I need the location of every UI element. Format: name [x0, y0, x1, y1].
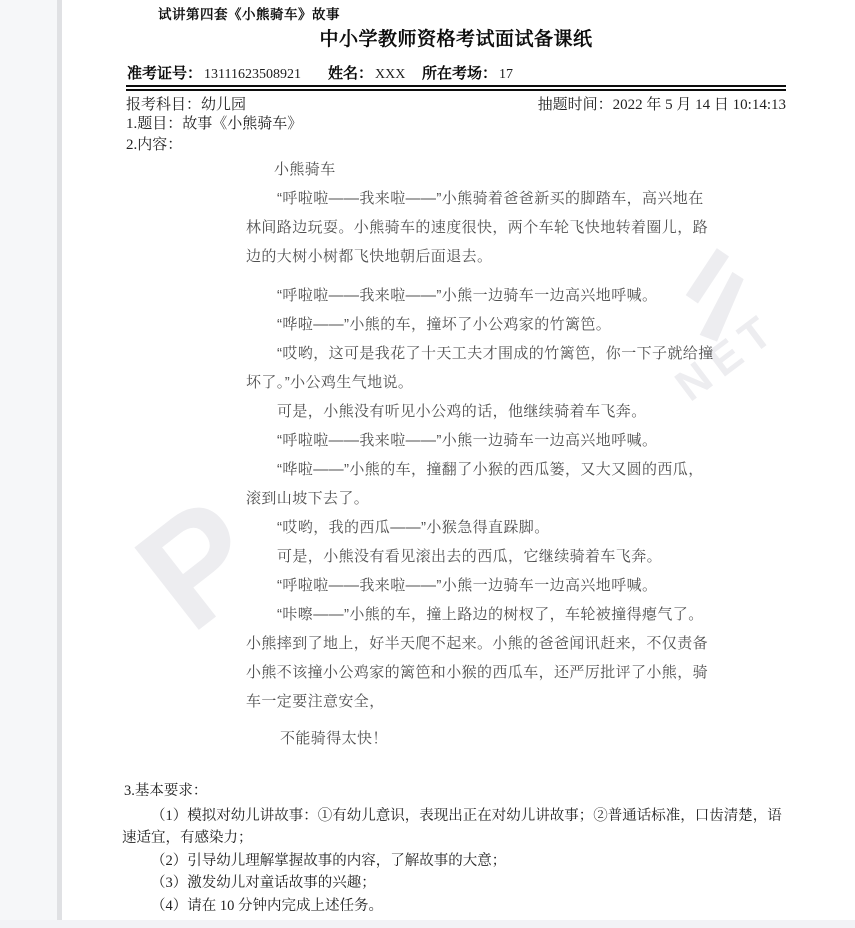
exam-room-label: 所在考场：	[422, 65, 497, 82]
name-field: 姓名：XXX	[328, 62, 405, 83]
subject-value: 幼儿园	[201, 97, 246, 113]
subject-row: 报考科目：幼儿园 抽题时间：2022 年 5 月 14 日 10:14:13	[126, 93, 786, 114]
story-paragraph: “哗啦——”小熊的车，撞翻了小猴的西瓜篓，又大又圆的西瓜，滚到山坡下去了。	[246, 455, 714, 513]
exam-room-value: 17	[499, 67, 513, 82]
story-paragraph: 可是，小熊没有听见小公鸡的话，他继续骑着车飞奔。	[246, 397, 714, 426]
draw-time-value: 2022 年 5 月 14 日 10:14:13	[613, 97, 786, 113]
requirements-label: 3.基本要求：	[124, 780, 788, 803]
name-label: 姓名：	[328, 65, 373, 82]
story-paragraph: 不能骑得太快！	[246, 724, 714, 753]
story-paragraph: “呼啦啦——我来啦——”小熊一边骑车一边高兴地呼喊。	[246, 281, 714, 310]
draw-time-field: 抽题时间：2022 年 5 月 14 日 10:14:13	[538, 93, 786, 114]
story-block: 小熊骑车 “呼啦啦——我来啦——”小熊骑着爸爸新买的脚踏车，高兴地在林间路边玩耍…	[246, 155, 714, 753]
story-paragraph: “呼啦啦——我来啦——”小熊一边骑车一边高兴地呼喊。	[246, 571, 714, 600]
admission-number-value: 13111623508921	[204, 67, 301, 82]
story-paragraph: “哎哟，这可是我花了十天工夫才围成的竹篱笆，你一下子就给撞坏了。”小公鸡生气地说…	[246, 339, 714, 397]
requirements-block: 3.基本要求： （1）模拟对幼儿讲故事：①有幼儿意识，表现出正在对幼儿讲故事；②…	[122, 780, 788, 917]
story-paragraphs: “呼啦啦——我来啦——”小熊骑着爸爸新买的脚踏车，高兴地在林间路边玩耍。小熊骑车…	[246, 184, 714, 753]
exam-sheet: NET P 试讲第四套《小熊骑车》故事 中小学教师资格考试面试备课纸 准考证号：…	[62, 0, 855, 920]
story-paragraph: “呼啦啦——我来啦——”小熊一边骑车一边高兴地呼喊。	[246, 426, 714, 455]
exam-set-label: 试讲第四套《小熊骑车》故事	[158, 3, 340, 23]
story-title: 小熊骑车	[274, 155, 714, 184]
subject-label: 报考科目：	[126, 97, 201, 113]
subject-field: 报考科目：幼儿园	[126, 93, 246, 114]
exam-room-field: 所在考场：17	[422, 62, 513, 83]
story-paragraph: “哗啦——”小熊的车，撞坏了小公鸡家的竹篱笆。	[246, 310, 714, 339]
draw-time-label: 抽题时间：	[538, 97, 613, 113]
story-paragraph: “哎哟，我的西瓜——”小猴急得直跺脚。	[246, 513, 714, 542]
story-paragraph: 可是，小熊没有看见滚出去的西瓜，它继续骑着车飞奔。	[246, 542, 714, 571]
requirement-items: （1）模拟对幼儿讲故事：①有幼儿意识，表现出正在对幼儿讲故事；②普通话标准，口齿…	[122, 805, 788, 918]
admission-number-label: 准考证号：	[127, 65, 202, 82]
requirement-item: （3）激发幼儿对童话故事的兴趣；	[122, 872, 788, 895]
name-value: XXX	[375, 67, 405, 82]
topic-line: 1.题目：故事《小熊骑车》	[126, 112, 302, 133]
requirement-item: （2）引导幼儿理解掌握故事的内容，了解故事的大意；	[122, 850, 788, 873]
page-title: 中小学教师资格考试面试备课纸	[126, 24, 786, 51]
header-fields-row: 准考证号：13111623508921 姓名：XXX 所在考场：17	[127, 62, 787, 82]
bottom-bar	[0, 920, 855, 928]
requirement-item: （1）模拟对幼儿讲故事：①有幼儿意识，表现出正在对幼儿讲故事；②普通话标准，口齿…	[122, 805, 788, 850]
story-paragraph: “呼啦啦——我来啦——”小熊骑着爸爸新买的脚踏车，高兴地在林间路边玩耍。小熊骑车…	[246, 184, 714, 271]
header-divider	[126, 85, 786, 91]
requirement-item: （4）请在 10 分钟内完成上述任务。	[122, 895, 788, 918]
admission-number-field: 准考证号：13111623508921	[127, 62, 301, 83]
story-paragraph: “咔嚓——”小熊的车，撞上路边的树杈了，车轮被撞得瘪气了。小熊摔到了地上，好半天…	[246, 600, 714, 716]
document-page: { "page": { "exam_label": "试讲第四套《小熊骑车》故事…	[0, 0, 855, 928]
left-gutter	[0, 0, 57, 920]
content-label: 2.内容：	[126, 133, 182, 154]
